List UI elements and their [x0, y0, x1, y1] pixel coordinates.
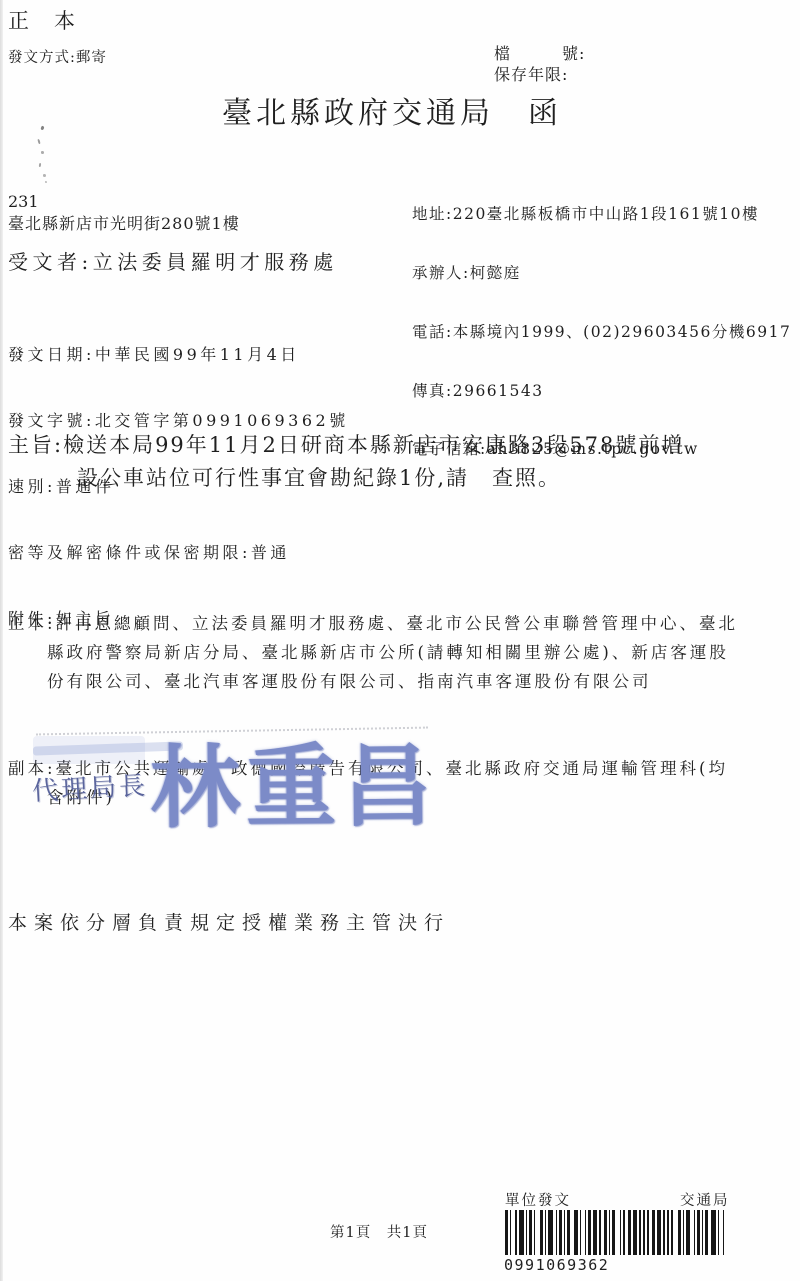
scan-edge-artifact — [0, 0, 3, 1281]
file-number-label: 檔 號: — [494, 41, 585, 64]
page-number-info: 第1頁 共1頁 — [330, 1221, 428, 1242]
sender-address: 地址:220臺北縣板橋市中山路1段161號10樓 — [412, 205, 791, 225]
original-recipients: 正本:許再恩總顧問、立法委員羅明才服務處、臺北市公民營公車聯營管理中心、臺北 縣… — [8, 609, 738, 696]
ink-smudge — [43, 174, 46, 177]
stamp-signature-name: 林重昌 — [149, 713, 438, 846]
issuing-unit-label: 單位發文 — [505, 1189, 571, 1210]
issuing-unit-name: 交通局 — [680, 1189, 730, 1210]
ink-smudge — [45, 181, 47, 183]
ink-smudge — [37, 139, 40, 144]
sender-phone: 電話:本縣境內1999、(02)29603456分機6917 — [412, 323, 791, 343]
document-title: 臺北縣政府交通局 函 — [0, 88, 784, 132]
retention-period-label: 保存年限: — [494, 62, 568, 85]
issue-date: 發文日期:中華民國99年11月4日 — [8, 344, 349, 366]
barcode-number: 0991069362 — [504, 1256, 609, 1274]
recipient-address: 臺北縣新店市光明街280號1樓 — [8, 211, 240, 234]
recipient-postal-code: 231 — [8, 192, 39, 211]
delegation-note: 本案依分層負責規定授權業務主管決行 — [8, 908, 450, 935]
dispatch-method-label: 發文方式:郵寄 — [8, 46, 107, 67]
scanned-letter-page: 正 本 發文方式:郵寄 檔 號: 保存年限: 臺北縣政府交通局 函 地址:220… — [0, 0, 800, 1281]
sender-contact-person: 承辦人:柯懿庭 — [412, 264, 791, 284]
subject-line: 主旨:檢送本局99年11月2日研商本縣新店市安康路3段578號前增 設公車站位可… — [8, 429, 684, 495]
stamp-position-title: 代理局長 — [31, 765, 149, 808]
recipient-name-line: 受文者:立法委員羅明才服務處 — [8, 246, 338, 275]
ink-smudge — [39, 163, 42, 167]
official-signature-stamp: 代理局長 林重昌 — [28, 718, 458, 848]
copy-type-label: 正 本 — [8, 5, 77, 35]
sender-fax: 傳真:29661543 — [412, 382, 791, 402]
barcode — [505, 1210, 729, 1255]
ink-smudge — [41, 151, 44, 154]
